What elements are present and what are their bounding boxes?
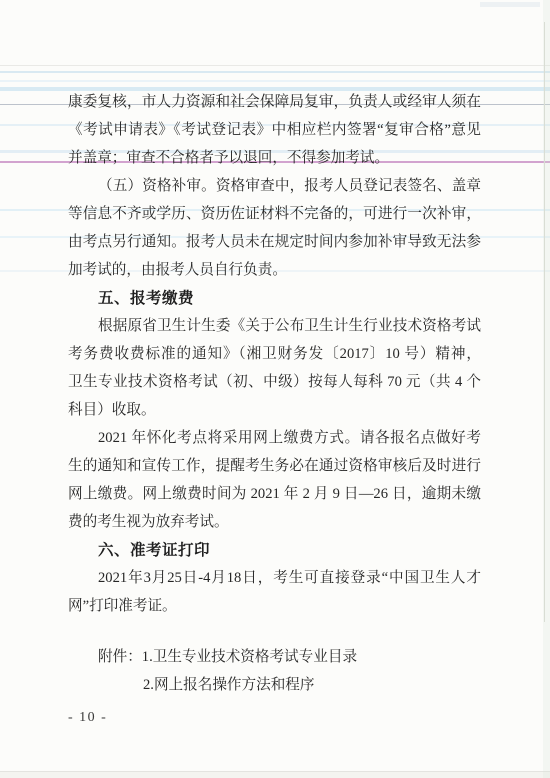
scan-artifact-vertical-line [544,22,545,622]
text-line: 等信息不齐或学历、资历佐证材料不完备的，可进行一次补审， [68,200,481,228]
page-edge-shadow [0,771,550,772]
text-line: 考务费收费标准的通知》（湘卫财务发〔2017〕10 号）精神， [68,340,481,368]
scanned-document-page: 康委复核，市人力资源和社会保障局复审，负责人或经审人须在《考试申请表》《考试登记… [0,0,550,778]
attachment-line: 2.网上报名操作方法和程序 [68,671,481,699]
section-heading: 五、报考缴费 [68,284,481,312]
text-line: 卫生专业技术资格考试（初、中级）按每人每科 70 元（共 4 个 [68,368,481,396]
text-line: 2021年3月25日-4月18日，考生可直接登录“中国卫生人才 [68,564,481,592]
text-line: 根据原省卫生计生委《关于公布卫生计生行业技术资格考试 [68,312,481,340]
text-line: （五）资格补审。资格审查中，报考人员登记表签名、盖章 [68,172,481,200]
scan-artifact-line [480,2,540,7]
scan-artifact-vertical-strip [543,0,550,778]
text-line: 《考试申请表》《考试登记表》中相应栏内签署“复审合格”意见 [68,116,481,144]
scan-artifact-line [0,80,550,82]
page-edge-shadow [0,772,550,778]
text-line: 康委复核，市人力资源和社会保障局复审，负责人或经审人须在 [68,88,481,116]
text-line: 科目）收取。 [68,396,481,424]
text-line: 网”打印准考证。 [68,592,481,620]
text-line: 并盖章；审查不合格者予以退回，不得参加考试。 [68,144,481,172]
document-body: 康委复核，市人力资源和社会保障局复审，负责人或经审人须在《考试申请表》《考试登记… [68,88,481,699]
page-number: - 10 - [68,710,107,726]
text-line: 2021 年怀化考点将采用网上缴费方式。请各报名点做好考 [68,424,481,452]
section-heading: 六、准考证打印 [68,536,481,564]
attachment-line: 附件：1.卫生专业技术资格考试专业目录 [68,643,481,671]
scan-artifact-line [0,65,550,66]
text-line: 生的通知和宣传工作，提醒考生务必在通过资格审核后及时进行 [68,452,481,480]
text-line: 加考试的，由报考人员自行负责。 [68,256,481,284]
scan-artifact-line [0,71,550,73]
text-line: 网上缴费。网上缴费时间为 2021 年 2 月 9 日—26 日，逾期未缴 [68,480,481,508]
text-line: 费的考生视为放弃考试。 [68,508,481,536]
text-line: 由考点另行通知。报考人员未在规定时间内参加补审导致无法参 [68,228,481,256]
